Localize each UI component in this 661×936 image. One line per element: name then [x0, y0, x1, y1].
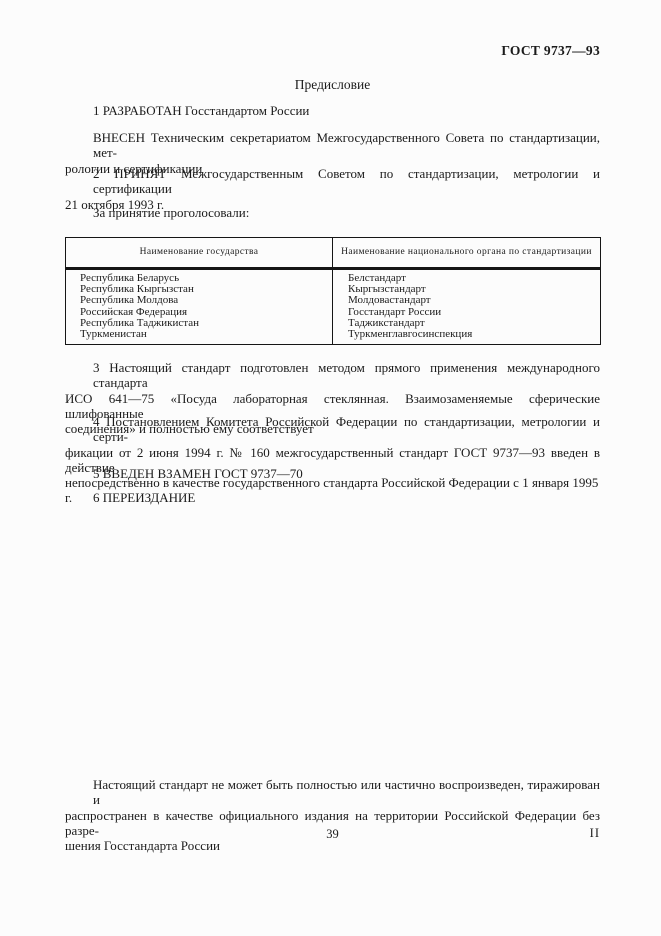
vote-table-body: Республика БеларусьБелстандартРеспублика… [66, 269, 601, 345]
table-cell-body: Белстандарт [333, 269, 601, 285]
table-cell-state: Республика Молдова [66, 295, 333, 306]
paragraph-line: За принятие проголосовали: [65, 205, 600, 220]
table-header-state: Наименование государства [66, 238, 333, 269]
paragraph-line: Настоящий стандарт не может быть полност… [65, 777, 600, 808]
paragraph-developed: 1 РАЗРАБОТАН Госстандартом России [65, 103, 600, 118]
table-row: Республика БеларусьБелстандарт [66, 269, 601, 285]
sheet-number: II [590, 826, 600, 840]
paragraph-line: 4 Постановлением Комитета Российской Фед… [65, 414, 600, 445]
doc-number: ГОСТ 9737—93 [501, 44, 600, 58]
vote-table: Наименование государства Наименование на… [65, 237, 601, 345]
paragraph-line: 2 ПРИНЯТ Межгосударственным Советом по с… [65, 166, 600, 197]
paragraph-voted-intro: За принятие проголосовали: [65, 205, 600, 220]
paragraph-reissue: 6 ПЕРЕИЗДАНИЕ [65, 490, 600, 505]
table-cell-state: Республика Беларусь [66, 269, 333, 285]
table-cell-body: Туркменглавгосинспекция [333, 329, 601, 345]
table-row: ТуркменистанТуркменглавгосинспекция [66, 329, 601, 345]
paragraph-line: 5 ВВЕДЕН ВЗАМЕН ГОСТ 9737—70 [65, 466, 600, 481]
copyright-note: Настоящий стандарт не может быть полност… [65, 777, 600, 853]
table-header-row: Наименование государства Наименование на… [66, 238, 601, 269]
paragraph-replaces: 5 ВВЕДЕН ВЗАМЕН ГОСТ 9737—70 [65, 466, 600, 481]
paragraph-line: 1 РАЗРАБОТАН Госстандартом России [65, 103, 600, 118]
table-cell-body: Молдовастандарт [333, 295, 601, 306]
table-cell-state: Туркменистан [66, 329, 333, 345]
paragraph-line: ВНЕСЕН Техническим секретариатом Межгосу… [65, 130, 600, 161]
page-title: Предисловие [65, 77, 600, 93]
page-number: 39 [65, 827, 600, 841]
paragraph-line: 3 Настоящий стандарт подготовлен методом… [65, 360, 600, 391]
vote-table-header: Наименование государства Наименование на… [66, 238, 601, 269]
table-header-body: Наименование национального органа по ста… [333, 238, 601, 269]
paragraph-line: 6 ПЕРЕИЗДАНИЕ [65, 490, 600, 505]
document-page: ГОСТ 9737—93 Предисловие 1 РАЗРАБОТАН Го… [0, 0, 661, 936]
table-row: Республика МолдоваМолдовастандарт [66, 295, 601, 306]
